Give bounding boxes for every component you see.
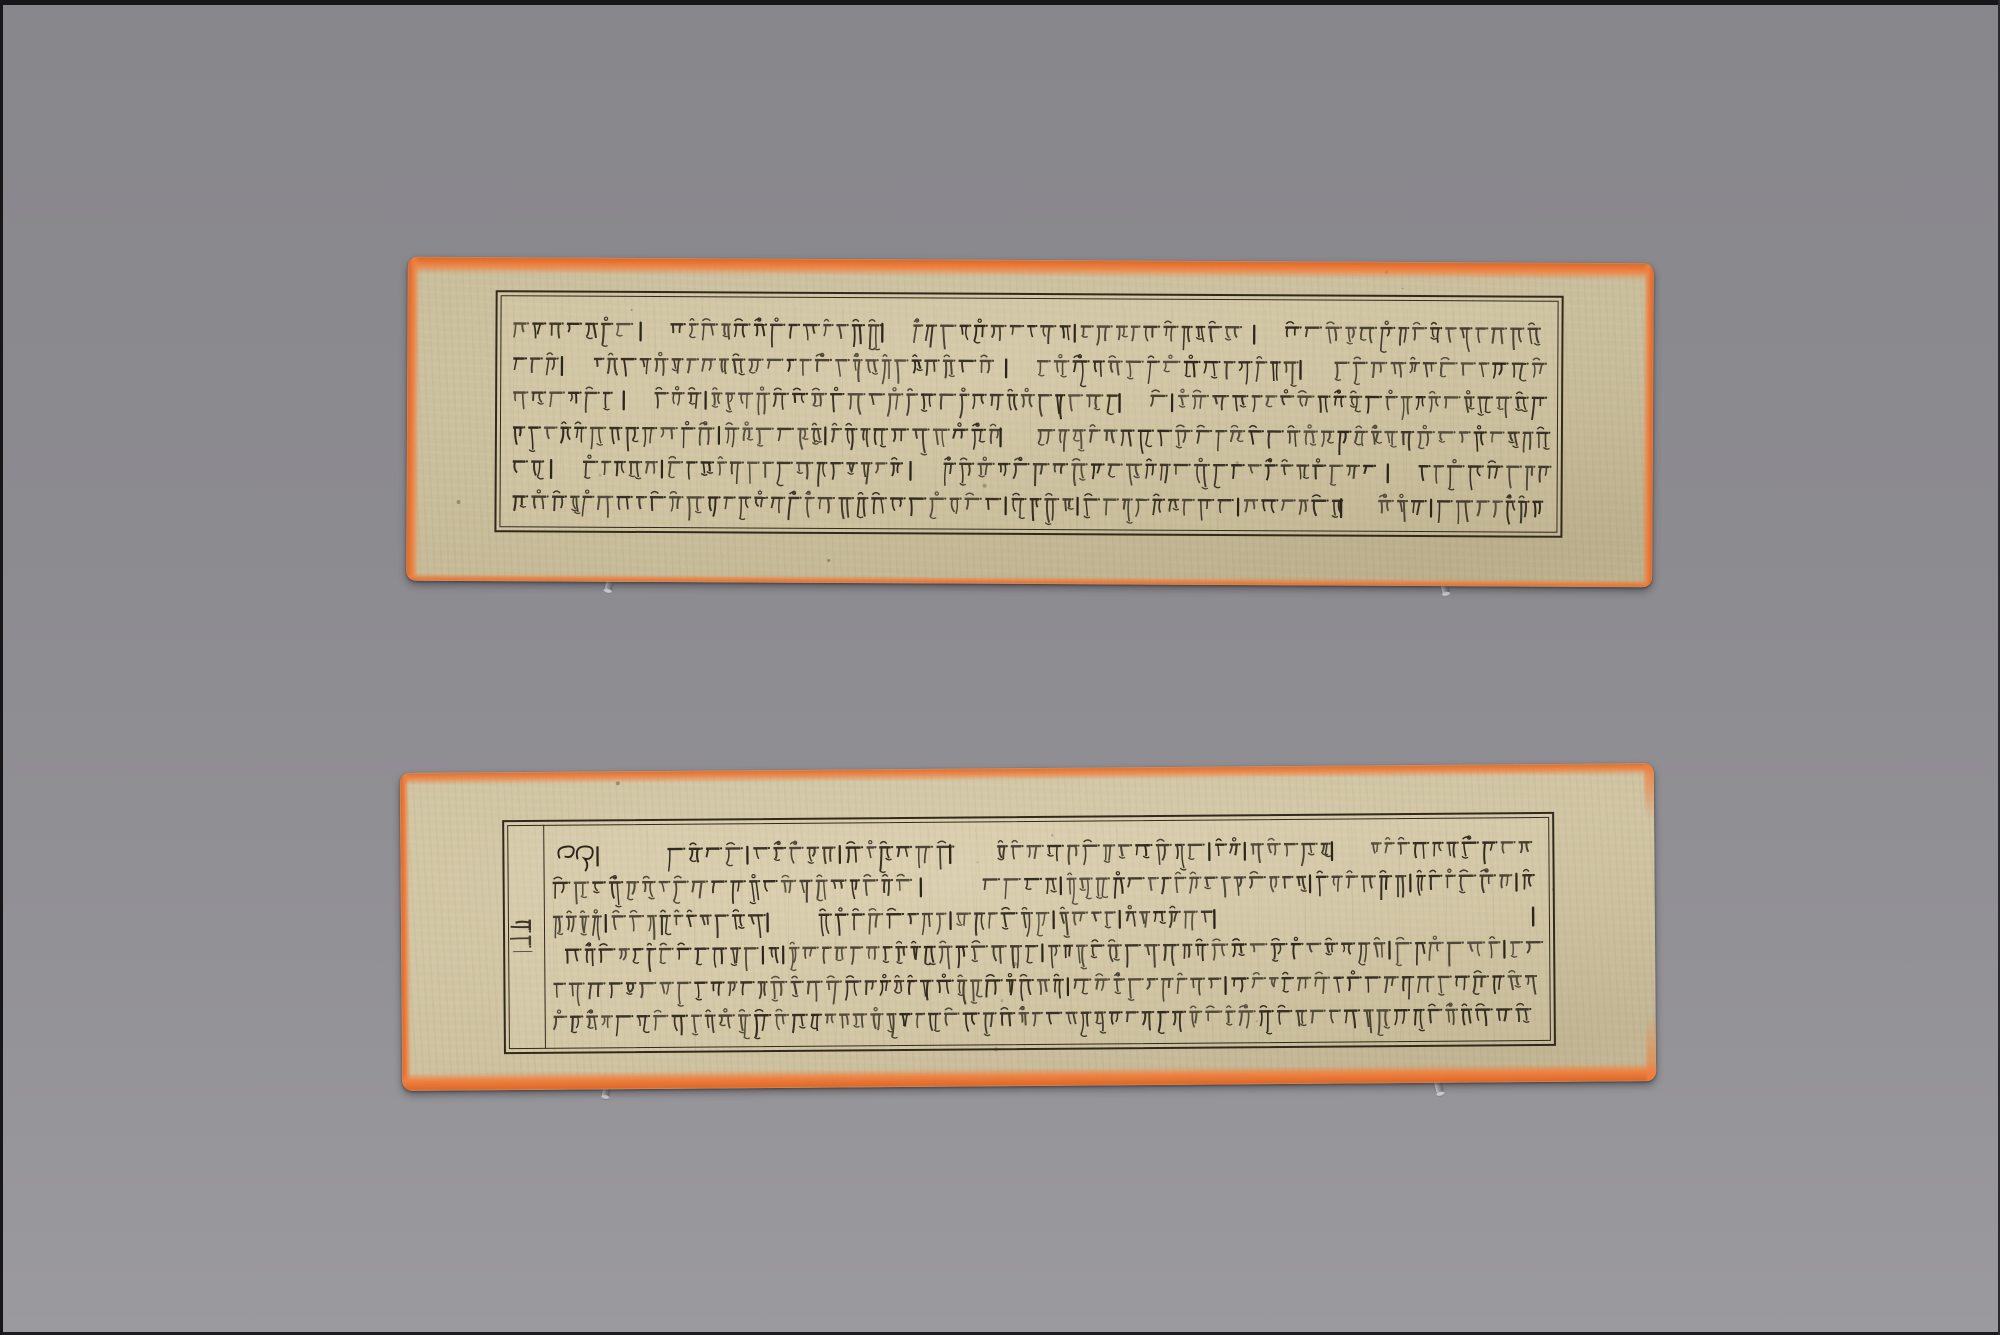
script-line: བཤད། དྲུག་ཞན་གྱི་རིམ་པ་ཁས་མི་ལེན་པ་དང་ཐ་… — [513, 350, 1546, 390]
paper-speck — [616, 781, 620, 785]
photo-border-top — [0, 0, 2000, 5]
script-line: གླིང་གི་མི་འགའ་ཞིག་བོད་ཀྱི་སྐད་ཚིག་གཅིག་… — [554, 1001, 1538, 1042]
photo-border-left — [0, 0, 3, 1335]
text-frame: དུ་ཧག་པ་མེད་པའི་དངོས་པོར་ཉེན། སྤྱོད་པ་ནི… — [494, 290, 1563, 538]
paper-speck — [1402, 288, 1404, 290]
text-block: ༄༅། །སྲོག་ཆགས་ཀྱི་རིགས་རྣམས་མིང་མེད་ཅེ་ཙ… — [552, 834, 1538, 1042]
paper-speck — [827, 559, 830, 562]
folio-top: དུ་ཧག་པ་མེད་པའི་དངོས་པོར་ཉེན། སྤྱོད་པ་ནི… — [406, 257, 1654, 588]
script-line: ཐབས་འཕྲུལ་བ་ལྟ་བུའི་རིག་སྤྱོད་ཀྱིས་འཚོ་བ… — [512, 488, 1545, 528]
script-line: པའི་དངོས་པོ་རྣམས་མཁས་པའི་བཟོ་རིག་གི་དངོས… — [513, 419, 1546, 459]
paper-speck — [456, 500, 461, 505]
folio-bottom: སྨྱུ ༄༅། །སྲོག་ཆགས་ཀྱི་རིགས་རྣམས་མིང་མེད… — [400, 763, 1656, 1091]
margin-label: སྨྱུ — [512, 917, 538, 955]
manuscript-photograph: དུ་ཧག་པ་མེད་པའི་དངོས་པོར་ཉེན། སྤྱོད་པ་ནི… — [0, 0, 2000, 1335]
paper-speck — [1385, 270, 1389, 274]
script-line: ཡིན། ཚོང་གི་ལས་འཕེལ་ཕྱིར་ཡི་དྭགས་ལྟ་བུའི… — [513, 454, 1546, 494]
margin-column: སྨྱུ — [507, 825, 546, 1049]
script-line: པའི་ནོར་དང་འབྲུལ། ཆུར་བ་ཉིད་ཀྱི་སྐོར་ལ་མ… — [513, 384, 1546, 424]
text-block: དུ་ཧག་པ་མེད་པའི་དངོས་པོར་ཉེན། སྤྱོད་པ་ནི… — [512, 315, 1546, 528]
script-line: དུ་ཧག་པ་མེད་པའི་དངོས་པོར་ཉེན། སྤྱོད་པ་ནི… — [513, 315, 1546, 355]
text-frame: སྨྱུ ༄༅། །སྲོག་ཆགས་ཀྱི་རིགས་རྣམས་མིང་མེད… — [502, 812, 1556, 1054]
